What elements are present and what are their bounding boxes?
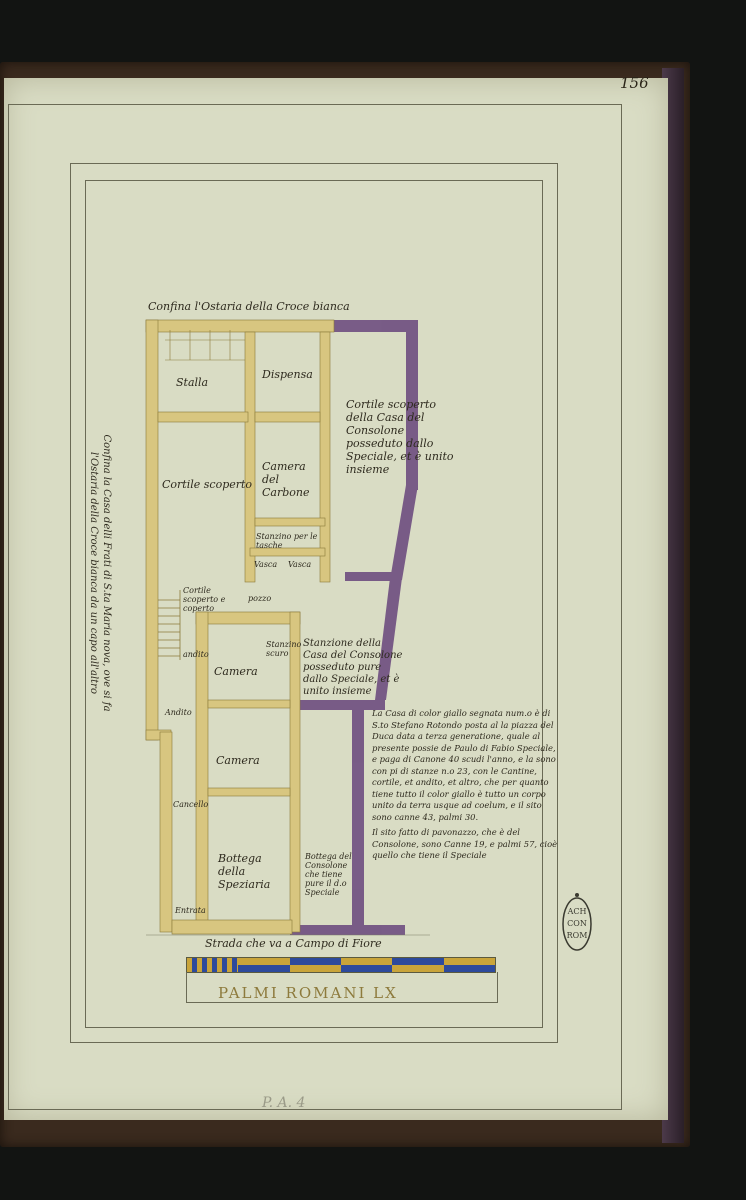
room-vasca-1: Vasca [254,560,277,569]
room-stanzino-scuro: Stanzino scuro [266,640,290,658]
svg-text:ROM: ROM [567,931,588,940]
svg-text:ACH: ACH [567,907,587,916]
room-vasca-2: Vasca [288,560,311,569]
top-boundary-label: Confina l'Ostaria della Croce bianca [148,300,350,313]
description-note: La Casa di color giallo segnata num.o è … [372,708,562,866]
note-yellow-house: La Casa di color giallo segnata num.o è … [372,708,562,823]
room-cortile-consolone: Cortile scoperto della Casa del Consolon… [346,398,456,476]
scale-label: PALMI ROMANI LX [218,984,398,1002]
room-cortile-coperto: Cortile scoperto e coperto [183,586,243,613]
room-stanzione: Stanzione della Casa del Consolone posse… [303,638,403,698]
left-boundary-label: Confina la Casa delli Frati di S.ta Mari… [87,418,113,728]
room-dispensa: Dispensa [262,368,313,381]
room-stalla: Stalla [176,376,208,389]
street-label: Strada che va a Campo di Fiore [205,937,382,950]
room-andito: Andito [165,708,192,717]
room-pozzo: pozzo [248,594,271,603]
staircase [158,590,180,660]
room-camera-carbone: Camera del Carbone [262,460,320,499]
note-purple-site: Il sito fatto di pavonazzo, che è del Co… [372,827,562,862]
room-bottega-consolone: Bottega del Consolone che tiene pure il … [305,852,363,897]
room-andito-small: andito [183,650,209,659]
room-stanzino-tasche: Stanzino per le tasche [256,532,322,550]
pencil-annotation: P. A. 4 [262,1095,305,1111]
room-cancello: Cancello [173,800,208,809]
scale-bar [186,957,496,973]
room-camera-2: Camera [216,754,260,767]
room-cortile-scoperto: Cortile scoperto [162,478,252,491]
yellow-walls [146,320,334,934]
room-camera-1: Camera [214,665,258,678]
svg-text:CON: CON [567,919,587,928]
room-bottega-speziaria: Bottega della Speziaria [218,852,280,891]
archive-stamp-icon: ACH CON ROM [558,890,596,958]
left-boundary: Confina la Casa delli Frati di S.ta Mari… [55,400,145,740]
room-entrata: Entrata [175,906,206,915]
